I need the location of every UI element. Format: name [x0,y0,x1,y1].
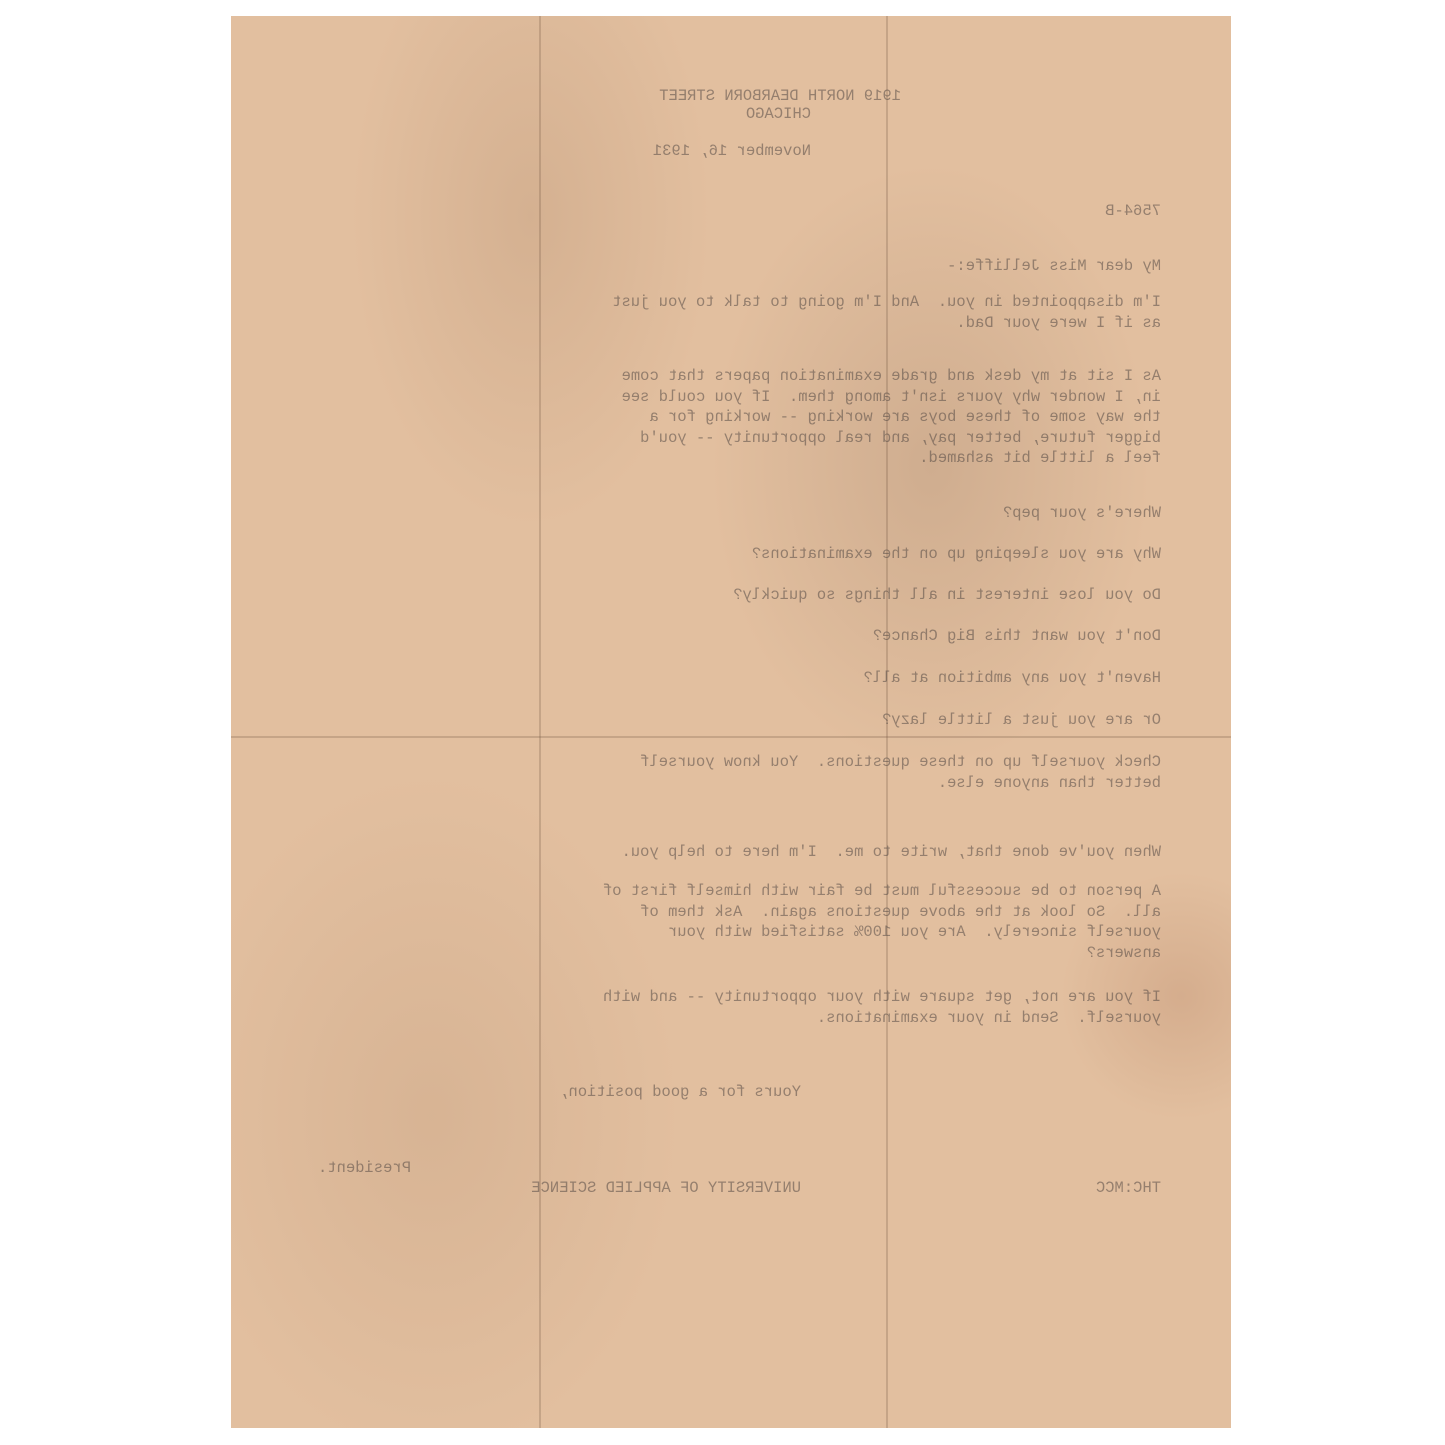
letter-date: November 16, 1931 [653,141,811,161]
institution-name: UNIVERSITY OF APPLIED SCIENCE [531,1178,801,1198]
body-line: bigger future, better pay, and real oppo… [640,428,1161,448]
body-line: Check yourself up on these questions. Yo… [640,752,1161,772]
body-line: As I sit at my desk and grade examinatio… [622,366,1162,386]
body-line: feel a little bit ashamed. [919,448,1161,468]
salutation: My dear Miss Jelliffe:- [947,256,1161,276]
body-line: A person to be successful must be fair w… [603,881,1161,901]
body-line: If you are not, get square with your opp… [603,987,1161,1007]
body-line: Why are you sleeping up on the examinati… [752,544,1161,564]
letterhead: 1919 NORTH DEARBORN STREET [659,86,901,106]
letterhead: CHICAGO [746,104,811,124]
mirrored-typed-text: 1919 NORTH DEARBORN STREETCHICAGONovembe… [231,16,1231,1428]
letter-page: 1919 NORTH DEARBORN STREETCHICAGONovembe… [231,16,1231,1428]
body-line: Don't you want this Big Chance? [873,626,1161,646]
body-line: answers? [1087,943,1161,963]
body-line: in, I wonder why yours isn't among them.… [622,387,1162,407]
body-line: yourself. Send in your examinations. [817,1008,1161,1028]
body-line: as if I were your Dad. [956,313,1161,333]
closing: Yours for a good position, [559,1082,801,1102]
body-line: better than anyone else. [938,773,1161,793]
reference-number: 7564-B [1105,201,1161,221]
body-line: Do you lose interest in all things so qu… [733,585,1161,605]
signer-title: President. [318,1158,411,1178]
body-line: all. So look at the above questions agai… [640,902,1161,922]
body-line: I'm disappointed in you. And I'm going t… [612,292,1161,312]
body-line: Where's your pep? [1003,503,1161,523]
body-line: yourself sincerely. Are you 100% satisfi… [668,922,1161,942]
body-line: Or are you just a little lazy? [882,710,1161,730]
typist-initials: THC:MCC [1096,1178,1161,1198]
body-line: Haven't you any ambition at all? [863,668,1161,688]
body-line: When you've done that, write to me. I'm … [622,842,1162,862]
body-line: the way some of these boys are working -… [649,407,1161,427]
